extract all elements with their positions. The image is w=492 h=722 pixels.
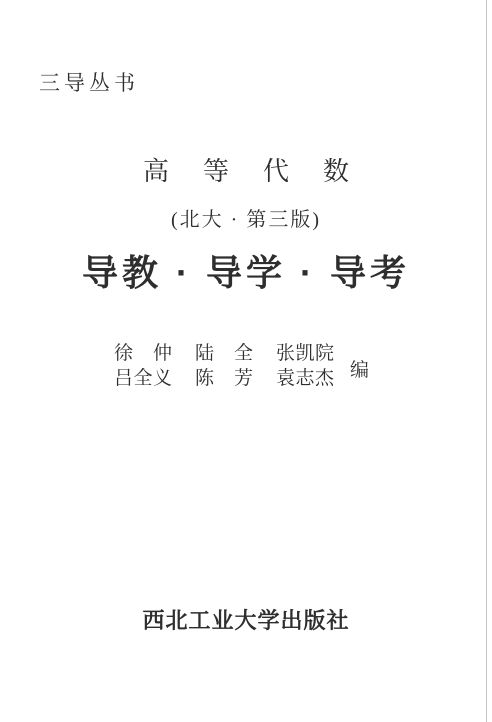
author-name: 陈 芳 [195,366,253,391]
book-main-title: 高 等 代 数 [0,151,492,188]
book-title-page: 三导丛书 高 等 代 数 (北大 · 第三版) 导教 · 导学 · 导考 徐 仲… [0,0,492,722]
author-name: 吕全义 [114,366,172,391]
author-name: 陆 全 [195,341,253,366]
book-sub-title: 导教 · 导学 · 导考 [0,245,492,296]
author-name: 袁志杰 [276,366,334,391]
publisher-name: 西北工业大学出版社 [0,604,492,635]
page-edge-line [486,0,487,722]
authors-grid: 徐 仲 陆 全 张凯院 吕全义 陈 芳 袁志杰 [114,341,334,391]
editor-label: 编 [350,360,369,382]
edition-label: (北大 · 第三版) [0,203,492,232]
author-name: 张凯院 [276,341,334,366]
author-name: 徐 仲 [114,341,172,366]
series-label: 三导丛书 [39,67,139,97]
